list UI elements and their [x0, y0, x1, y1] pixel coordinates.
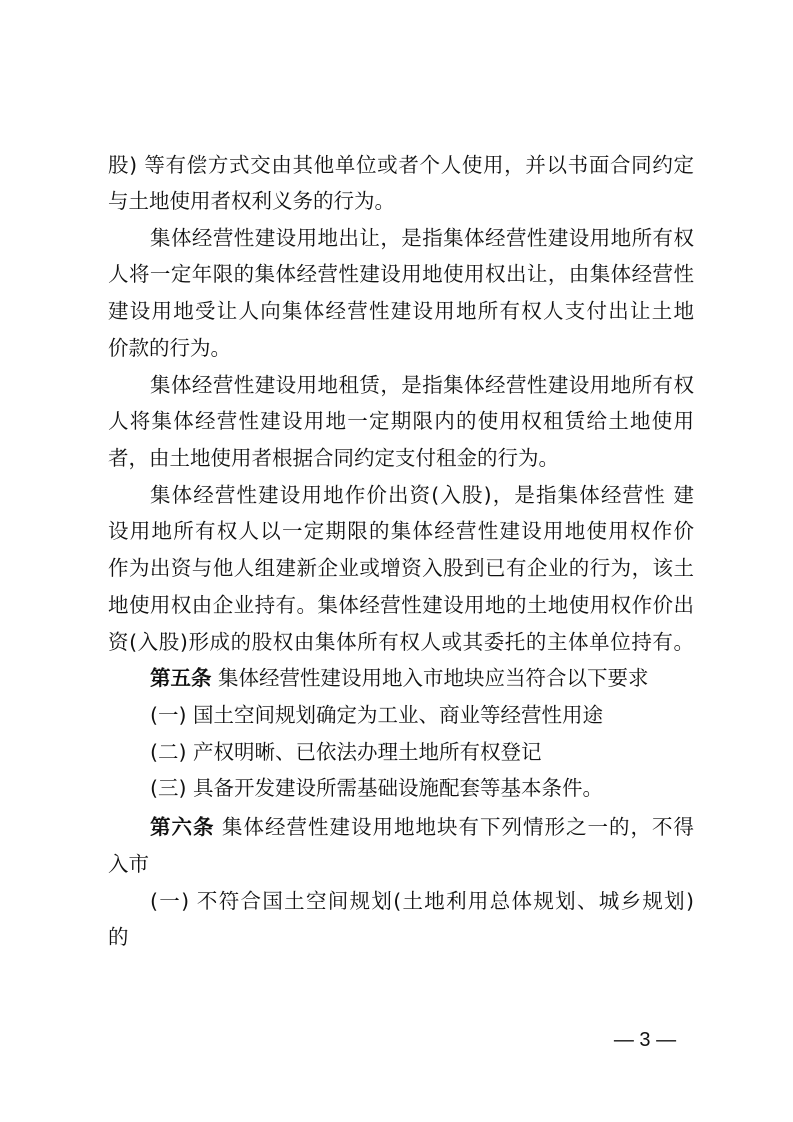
text-line: 人将集体经营性建设用地一定期限内的使用权租赁给土地使用: [108, 406, 694, 436]
text-line: 股) 等有偿方式交由其他单位或者个人使用，并以书面合同约定: [108, 150, 694, 180]
article-5-item-2: (二) 产权明晰、已依法办理土地所有权登记: [150, 737, 694, 767]
article-6-heading: 第六条 集体经营性建设用地地块有下列情形之一的，不得: [150, 812, 694, 842]
article-5-heading: 第五条 集体经营性建设用地入市地块应当符合以下要求: [150, 663, 694, 693]
text-line: 与土地使用者权利义务的行为。: [108, 186, 694, 216]
article-5-label: 第五条: [150, 666, 212, 690]
text-line: 集体经营性建设用地出让，是指集体经营性建设用地所有权: [150, 223, 694, 253]
text-line: 集体经营性建设用地作价出资(入股)，是指集体经营性 建: [150, 480, 694, 510]
article-6-text: 集体经营性建设用地地块有下列情形之一的，不得: [222, 815, 694, 839]
article-6-item-1-continuation: 的: [108, 922, 694, 952]
article-5-item-3: (三) 具备开发建设所需基础设施配套等基本条件。: [150, 773, 694, 803]
text-line: 地使用权由企业持有。集体经营性建设用地的土地使用权作价出: [108, 590, 694, 620]
text-line: 设用地所有权人以一定期限的集体经营性建设用地使用权作价: [108, 516, 694, 546]
text-line: 者，由土地使用者根据合同约定支付租金的行为。: [108, 443, 694, 473]
article-6-label: 第六条: [150, 815, 215, 839]
article-5-text: 集体经营性建设用地入市地块应当符合以下要求: [218, 666, 649, 690]
text-line: 作为出资与他人组建新企业或增资入股到已有企业的行为，该土: [108, 553, 694, 583]
text-line: 资(入股)形成的股权由集体所有权人或其委托的主体单位持有。: [108, 627, 694, 657]
page-number: — 3 —: [600, 1025, 690, 1055]
text-line: 集体经营性建设用地租赁，是指集体经营性建设用地所有权: [150, 370, 694, 400]
text-line: 建设用地受让人向集体经营性建设用地所有权人支付出让土地: [108, 296, 694, 326]
document-page: 股) 等有偿方式交由其他单位或者个人使用，并以书面合同约定 与土地使用者权利义务…: [0, 0, 793, 1122]
article-6-continuation: 入市: [108, 849, 694, 879]
text-line: 人将一定年限的集体经营性建设用地使用权出让，由集体经营性: [108, 259, 694, 289]
article-6-item-1: (一) 不符合国土空间规划(土地利用总体规划、城乡规划): [150, 886, 694, 916]
text-line: 价款的行为。: [108, 333, 694, 363]
article-5-item-1: (一) 国土空间规划确定为工业、商业等经营性用途: [150, 700, 694, 730]
